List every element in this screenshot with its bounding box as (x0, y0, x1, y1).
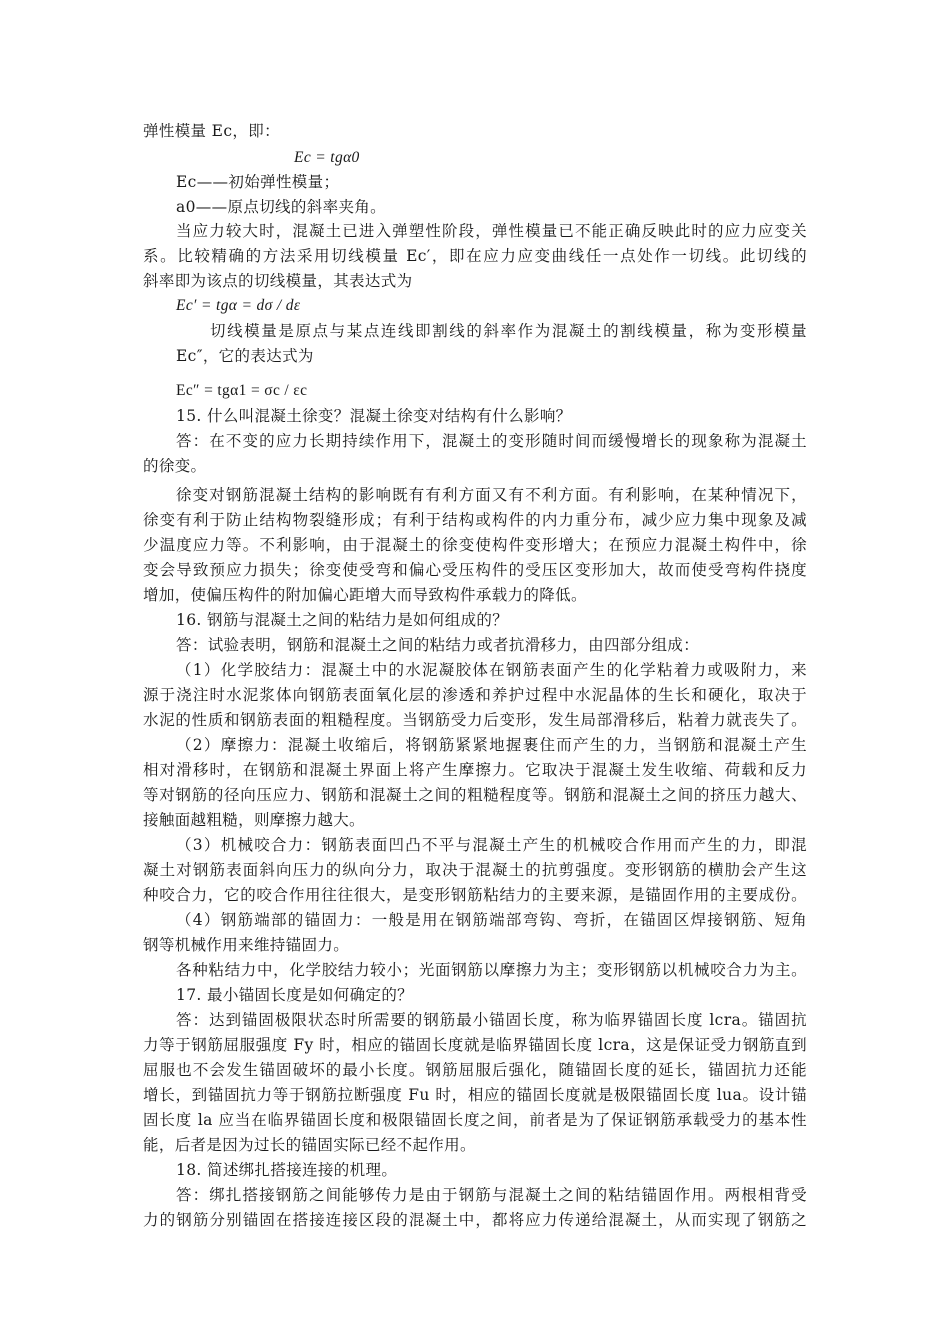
question-15: 15. 什么叫混凝土徐变？混凝土徐变对结构有什么影响？ (176, 406, 572, 426)
item-chemical-bond: （1）化学胶结力：混凝土中的水泥凝胶体在钢筋表面产生的化学粘着力或吸附力，来 (176, 660, 807, 680)
item-friction: （2）摩擦力：混凝土收缩后，将钢筋紧紧地握裹住而产生的力，当钢筋和混凝土产生 (176, 735, 807, 755)
answer-line: 答：绑扎搭接钢筋之间能够传力是由于钢筋与混凝土之间的粘结锚固作用。两根相背受 (176, 1185, 807, 1205)
paragraph-line: 斜率即为该点的切线模量，其表达式为 (143, 271, 412, 291)
paragraph-line: 种咬合力，它的咬合作用往往很大，是变形钢筋粘结力的主要来源，是锚固作用的主要成份… (143, 885, 807, 905)
paragraph-line: 当应力较大时，混凝土已进入弹塑性阶段，弹性模量已不能正确反映此时的应力应变关 (176, 221, 807, 241)
question-16: 16. 钢筋与混凝土之间的粘结力是如何组成的？ (176, 610, 508, 630)
paragraph-line: 相对滑移时，在钢筋和混凝土界面上将产生摩擦力。它取决于混凝土发生收缩、荷载和反力 (143, 760, 807, 780)
answer-line: 能，后者是因为过长的锚固实际已经不起作用。 (143, 1135, 476, 1155)
question-18: 18. 简述绑扎搭接连接的机理。 (176, 1160, 397, 1180)
answer-line: 力的钢筋分别锚固在搭接连接区段的混凝土中，都将应力传递给混凝土，从而实现了钢筋之 (143, 1210, 807, 1230)
answer-line: 答：在不变的应力长期持续作用下，混凝土的变形随时间而缓慢增长的现象称为混凝土 (176, 431, 807, 451)
answer-line: 增长，到锚固抗力等于钢筋拉断强度 Fu 时，相应的锚固长度就是极限锚固长度 lu… (143, 1085, 807, 1105)
paragraph-line: 接触面越粗糙，则摩擦力越大。 (143, 810, 365, 830)
answer-line: 的徐变。 (143, 456, 206, 476)
paragraph-line: 钢等机械作用来维持锚固力。 (143, 935, 349, 955)
paragraph-line: 变会导致预应力损失；徐变使受弯和偏心受压构件的受压区变形加大，故而使受弯构件挠度 (143, 560, 807, 580)
answer-line: 力等于钢筋屈服强度 Fy 时，相应的锚固长度就是临界锚固长度 lcra，这是保证… (143, 1035, 807, 1055)
definition-ec: Ec——初始弹性模量； (176, 172, 339, 192)
answer-line: 答：试验表明，钢筋和混凝土之间的粘结力或者抗滑移力，由四部分组成： (176, 635, 699, 655)
definition-a0: a0——原点切线的斜率夹角。 (176, 197, 386, 217)
formula-elastic-modulus: Ec = tgα0 (294, 148, 360, 168)
question-17: 17. 最小锚固长度是如何确定的？ (176, 985, 413, 1005)
answer-line: 固长度 la 应当在临界锚固长度和极限锚固长度之间，前者是为了保证钢筋承载受力的… (143, 1110, 807, 1130)
paragraph-line: 各种粘结力中，化学胶结力较小；光面钢筋以摩擦力为主；变形钢筋以机械咬合力为主。 (176, 960, 807, 980)
paragraph-line: 增加，使偏压构件的附加偏心距增大而导致构件承载力的降低。 (143, 585, 587, 605)
paragraph-line: 系。比较精确的方法采用切线模量 Ec′，即在应力应变曲线任一点处作一切线。此切线… (143, 246, 807, 266)
paragraph-line: Ec″，它的表达式为 (176, 346, 314, 366)
paragraph-line: 切线模量是原点与某点连线即割线的斜率作为混凝土的割线模量，称为变形模量 (210, 321, 807, 341)
paragraph-line: 徐变对钢筋混凝土结构的影响既有有利方面又有不利方面。有利影响，在某种情况下， (176, 485, 807, 505)
paragraph-line: 凝土对钢筋表面斜向压力的纵向分力，取决于混凝土的抗剪强度。变形钢筋的横肋会产生这 (143, 860, 807, 880)
paragraph-line: 等对钢筋的径向压应力、钢筋和混凝土之间的粗糙程度等。钢筋和混凝土之间的挤压力越大… (143, 785, 807, 805)
paragraph-line: 源于浇注时水泥浆体向钢筋表面氧化层的渗透和养护过程中水泥晶体的生长和硬化，取决于 (143, 685, 807, 705)
paragraph-line: 少温度应力等。不利影响，由于混凝土的徐变使构件变形增大；在预应力混凝土构件中，徐 (143, 535, 807, 555)
paragraph-line: 水泥的性质和钢筋表面的粗糙程度。当钢筋受力后变形，发生局部滑移后，粘着力就丧失了… (143, 710, 807, 730)
formula-secant-modulus: Ec″ = tgα1 = σc / εc (176, 381, 307, 401)
answer-line: 答：达到锚固极限状态时所需要的钢筋最小锚固长度，称为临界锚固长度 lcra。锚固… (176, 1010, 807, 1030)
document-page: 弹性模量 Ec，即： Ec = tgα0 Ec——初始弹性模量； a0——原点切… (0, 0, 950, 1343)
item-end-anchorage: （4）钢筋端部的锚固力：一般是用在钢筋端部弯钩、弯折，在锚固区焊接钢筋、短角 (176, 910, 807, 930)
text-line: 弹性模量 Ec，即： (143, 121, 280, 141)
item-mechanical-interlock: （3）机械咬合力：钢筋表面凹凸不平与混凝土产生的机械咬合作用而产生的力，即混 (176, 835, 807, 855)
formula-tangent-modulus: Ec′ = tgα = dσ / dε (176, 296, 300, 316)
paragraph-line: 徐变有利于防止结构物裂缝形成；有利于结构或构件的内力重分布，减少应力集中现象及减 (143, 510, 807, 530)
answer-line: 屈服也不会发生锚固破坏的最小长度。钢筋屈服后强化，随锚固长度的延长，锚固抗力还能 (143, 1060, 807, 1080)
